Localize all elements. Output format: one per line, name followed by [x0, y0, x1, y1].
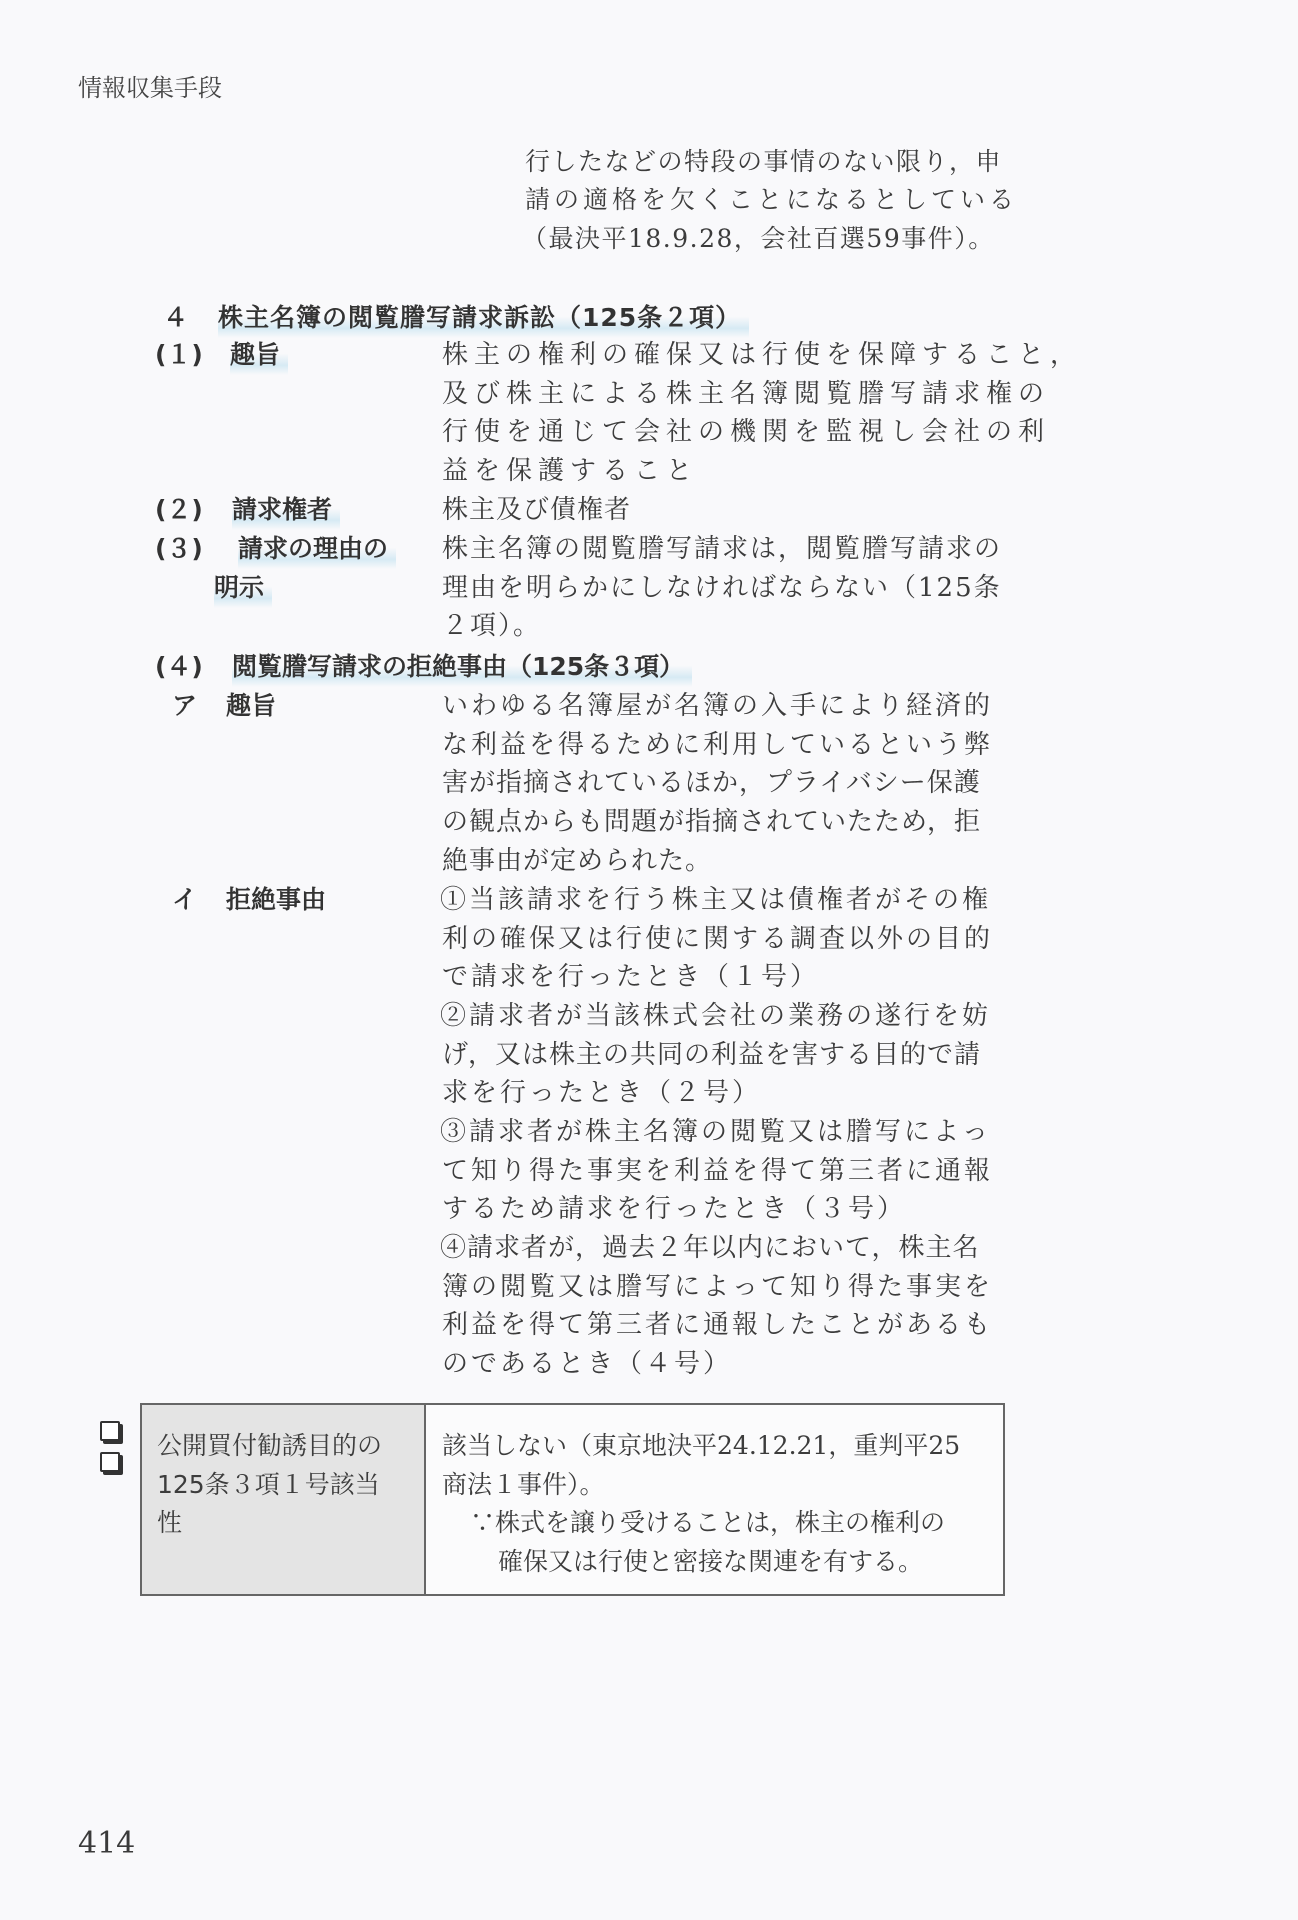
- text-line: 利益を得て第三者に通報したことがあるも: [442, 1306, 993, 1345]
- text-line: 行使を通じて会社の機関を監視し会社の利: [442, 413, 1050, 452]
- text-line: げ，又は株主の共同の利益を害する目的で請: [442, 1036, 981, 1075]
- subitem-label: 拒絶事由: [226, 881, 326, 920]
- text-line: で請求を行ったとき（１号）: [442, 958, 819, 997]
- item-label-continued: 明示: [214, 569, 272, 608]
- text-line: 利の確保又は行使に関する調査以外の目的: [442, 920, 993, 959]
- review-checkbox-1[interactable]: [100, 1421, 120, 1441]
- text-line: な利益を得るために利用しているという弊: [442, 726, 993, 765]
- answer-line: 確保又は行使と密接な関連を有する。: [498, 1543, 923, 1582]
- text-line: （最決平18.9.28，会社百選59事件）。: [522, 220, 995, 259]
- subitem-number: イ: [172, 881, 197, 920]
- text-line: するため請求を行ったとき（３号）: [442, 1190, 906, 1229]
- text-line: 株主名簿の閲覧謄写請求は，閲覧謄写請求の: [442, 530, 1002, 569]
- question-line: 公開買付勧誘目的の: [157, 1427, 382, 1466]
- answer-line: ∵株式を譲り受けることは，株主の権利の: [470, 1504, 945, 1543]
- text-line: 益を保護すること: [442, 452, 698, 491]
- item-label: 閲覧謄写請求の拒絶事由（125条３項）: [232, 648, 692, 687]
- text-line: のであるとき（４号）: [442, 1345, 732, 1384]
- text-line: ④請求者が，過去２年以内において，株主名: [440, 1229, 979, 1268]
- question-line: 性: [157, 1504, 182, 1543]
- text-line: て知り得た事実を利益を得て第三者に通報: [442, 1152, 993, 1191]
- answer-line: 該当しない（東京地決平24.12.21，重判平25: [442, 1427, 960, 1466]
- page-number: 414: [78, 1826, 135, 1861]
- section-number: ４: [163, 299, 188, 338]
- text-line: ③請求者が株主名簿の閲覧又は謄写によっ: [440, 1113, 991, 1152]
- text-line: 求を行ったとき（２号）: [442, 1074, 761, 1113]
- text-line: 及び株主による株主名簿閲覧謄写請求権の: [442, 375, 1050, 414]
- item-number: (３): [155, 530, 203, 569]
- note-table-question-cell: 公開買付勧誘目的の 125条３項１号該当 性: [142, 1405, 426, 1594]
- running-header: 情報収集手段: [78, 68, 222, 103]
- answer-line: 商法１事件）。: [442, 1466, 605, 1505]
- subitem-number: ア: [172, 687, 197, 726]
- section-title: 株主名簿の閲覧謄写請求訴訟（125条２項）: [218, 299, 749, 338]
- text-line: ①当該請求を行う株主又は債権者がその権: [440, 881, 991, 920]
- text-line: 絶事由が定められた。: [442, 842, 712, 881]
- text-line: 株主の権利の確保又は行使を保障すること，: [442, 336, 1082, 375]
- text-line: ②請求者が当該株式会社の業務の遂行を妨: [440, 997, 991, 1036]
- review-checkbox-2[interactable]: [100, 1452, 120, 1472]
- text-line: 行したなどの特段の事情のない限り，申: [525, 143, 1002, 182]
- text-line: 株主及び債権者: [442, 491, 631, 530]
- subitem-label: 趣旨: [226, 687, 276, 726]
- item-number: (２): [155, 491, 203, 530]
- item-label: 請求権者: [232, 491, 340, 530]
- text-line: 害が指摘されているほか，プライバシー保護: [442, 764, 981, 803]
- text-line: ２項）。: [442, 607, 541, 646]
- item-number: (４): [155, 648, 203, 687]
- text-line: いわゆる名簿屋が名簿の入手により経済的: [442, 687, 993, 726]
- item-number: (１): [155, 336, 203, 375]
- note-table: 公開買付勧誘目的の 125条３項１号該当 性 該当しない（東京地決平24.12.…: [140, 1403, 1005, 1596]
- text-line: 請の適格を欠くことになるとしている: [525, 181, 1018, 220]
- text-line: 簿の閲覧又は謄写によって知り得た事実を: [442, 1268, 993, 1307]
- item-label: 請求の理由の: [238, 530, 396, 569]
- text-line: の観点からも問題が指摘されていたため，拒: [442, 803, 981, 842]
- text-line: 理由を明らかにしなければならない（125条: [442, 569, 1002, 608]
- question-line: 125条３項１号該当: [157, 1466, 380, 1505]
- item-label: 趣旨: [230, 336, 288, 375]
